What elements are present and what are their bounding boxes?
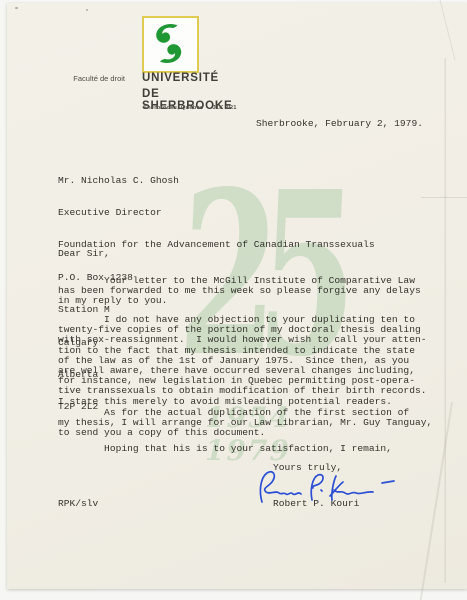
scan-background: 25 1954 1979 Faculté de droit UNIVERSITÉ… (0, 0, 467, 600)
typist-initials: RPK/slv (58, 499, 98, 509)
closing-line: Hoping that his is to your satisfaction,… (58, 444, 392, 454)
letterhead-address: Sherbrooke, Québec J1K 2R1 (143, 105, 237, 111)
recipient-line: Mr. Nicholas C. Ghosh (58, 176, 375, 187)
salutation: Dear Sir, (58, 249, 110, 259)
university-name-line1: UNIVERSITÉ (142, 72, 219, 84)
body-paragraph-2: I do not have any objection to your dupl… (58, 315, 426, 407)
recipient-line: Executive Director (58, 208, 375, 219)
paper-crease-right-horizontal (421, 197, 467, 198)
letter-paper: 25 1954 1979 Faculté de droit UNIVERSITÉ… (7, 3, 467, 589)
paper-crease-top-diagonal (440, 0, 456, 60)
body-paragraph-3: As for the actual duplication of the fir… (58, 408, 432, 439)
date-line: Sherbrooke, February 2, 1979. (256, 119, 423, 129)
body-paragraph-1: Your letter to the McGill Institute of C… (58, 276, 421, 307)
scan-speck (86, 9, 88, 11)
faculty-label: Faculté de droit (37, 74, 125, 83)
sherbrooke-logo (142, 16, 199, 73)
scan-speck (15, 7, 18, 9)
sherbrooke-s-icon (149, 23, 190, 64)
signature-ink (250, 465, 400, 514)
paper-crease-right-vertical (444, 58, 447, 583)
